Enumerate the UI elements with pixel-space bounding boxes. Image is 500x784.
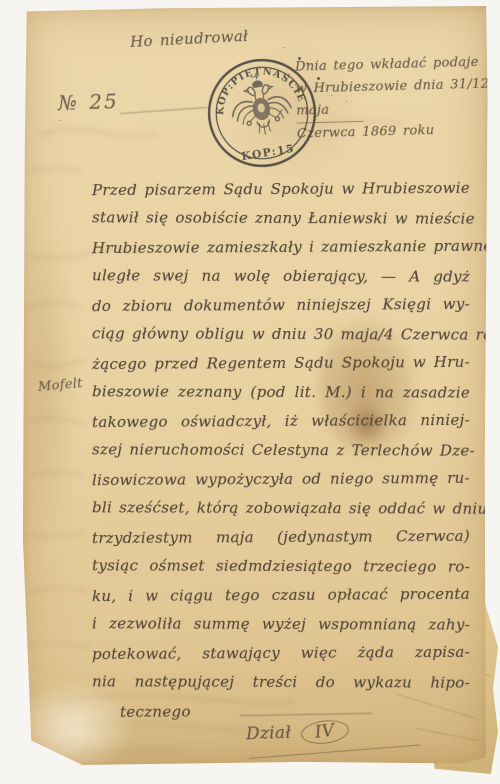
- body-line: nia następującej treści do wykazu hipo-: [92, 672, 470, 702]
- body-line: ciąg główny obligu w dniu 30 maja/4 Czer…: [92, 324, 470, 354]
- body-line: takowego oświadczył, iż właścicielka nin…: [92, 411, 470, 442]
- body-line: szej nieruchomości Celestyna z Terlechów…: [92, 440, 470, 470]
- document-number: № 25: [58, 89, 120, 115]
- document-scan: Ho nieudrował № 25 KOP:PIĘTNAŚCIE KOP:15: [0, 0, 500, 784]
- section-label: Dział: [246, 723, 292, 745]
- body-line: tysiąc ośmset siedmdziesiątego trzeciego…: [92, 556, 470, 586]
- body-line: i zezwoliła summę wyżej wspomnianą zahy-: [92, 614, 470, 644]
- body-line: Hrubieszowie zamieszkały i zamieszkanie …: [92, 237, 470, 268]
- body-line: potekować, stawający więc żąda zapisa-: [92, 643, 470, 674]
- body-line: uległe swej na wolę obierający, — A gdyż: [92, 266, 470, 296]
- body-line: żącego przed Regentem Sądu Spokoju w Hru…: [92, 353, 470, 384]
- body-line: lisowiczowa wypożyczyła od niego summę r…: [92, 469, 470, 500]
- date-note-month-old-style: maja: [296, 99, 364, 124]
- date-note: Dnia tego wkładać podaje w Hrubieszowie …: [295, 51, 497, 145]
- body-line: bli sześćset, którą zobowiązała się odda…: [92, 498, 470, 528]
- body-line: ku, i w ciągu tego czasu opłacać procent…: [92, 585, 470, 616]
- body-line: trzydziestym maja (jedynastym Czerwca): [92, 527, 470, 558]
- section-number: IV: [300, 718, 350, 747]
- body-text: Przed pisarzem Sądu Spokoju w Hrubieszow…: [92, 180, 470, 731]
- body-line: Przed pisarzem Sądu Spokoju w Hrubieszow…: [92, 179, 470, 210]
- body-line: stawił się osobiście znany Łaniewski w m…: [92, 208, 470, 238]
- body-line: bieszowie zeznany (pod lit. M.) i na zas…: [92, 382, 470, 412]
- paper: Ho nieudrował № 25 KOP:PIĘTNAŚCIE KOP:15: [22, 6, 488, 768]
- body-line: do zbioru dokumentów niniejszej Księgi w…: [92, 295, 470, 326]
